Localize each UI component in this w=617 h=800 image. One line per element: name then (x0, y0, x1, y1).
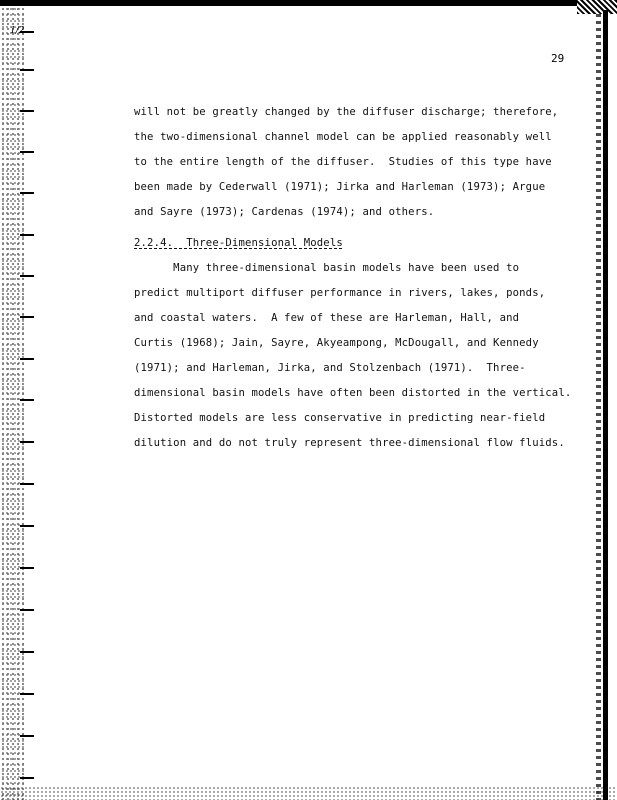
text-line: dimensional basin models have often been… (134, 387, 564, 399)
text-line: been made by Cederwall (1971); Jirka and… (134, 181, 564, 193)
margin-tick (10, 520, 32, 528)
scan-right-border (603, 10, 608, 800)
margin-tick (10, 146, 32, 154)
margin-tick (10, 311, 32, 319)
margin-tick (10, 436, 32, 444)
margin-tick (10, 394, 32, 402)
text-line: to the entire length of the diffuser. St… (134, 156, 564, 168)
text-line: and coastal waters. A few of these are H… (134, 312, 564, 324)
margin-tick (10, 105, 32, 113)
text-line: Many three-dimensional basin models have… (134, 262, 564, 274)
scan-left-edge-noise (0, 6, 24, 800)
margin-tick (10, 688, 32, 696)
margin-tick (10, 772, 32, 780)
text-line: and Sayre (1973); Cardenas (1974); and o… (134, 206, 564, 218)
text-line: Curtis (1968); Jain, Sayre, Akyeampong, … (134, 337, 564, 349)
scan-top-border (0, 0, 617, 6)
section-heading: 2.2.4. Three-Dimensional Models (134, 237, 564, 249)
margin-tick (10, 187, 32, 195)
margin-tick (10, 64, 32, 72)
scanned-page: 1/2 29 will not be greatly changed by th… (0, 0, 617, 800)
text-line: Distorted models are less conservative i… (134, 412, 564, 424)
margin-tick (10, 730, 32, 738)
text-line: the two-dimensional channel model can be… (134, 131, 564, 143)
scan-bottom-edge-noise (0, 786, 617, 800)
page-number: 29 (551, 52, 564, 65)
text-line: predict multiport diffuser performance i… (134, 287, 564, 299)
text-line: will not be greatly changed by the diffu… (134, 106, 564, 118)
margin-tick (10, 270, 32, 278)
margin-tick (10, 646, 32, 654)
margin-tick (10, 562, 32, 570)
margin-tick: 1/2 (10, 26, 32, 34)
margin-tick (10, 229, 32, 237)
margin-tick (10, 353, 32, 361)
margin-tick (10, 478, 32, 486)
scan-right-edge-shadow (596, 14, 601, 800)
margin-tick (10, 604, 32, 612)
scan-corner-noise (577, 0, 617, 14)
text-line: (1971); and Harleman, Jirka, and Stolzen… (134, 362, 564, 374)
text-line: dilution and do not truly represent thre… (134, 437, 564, 449)
